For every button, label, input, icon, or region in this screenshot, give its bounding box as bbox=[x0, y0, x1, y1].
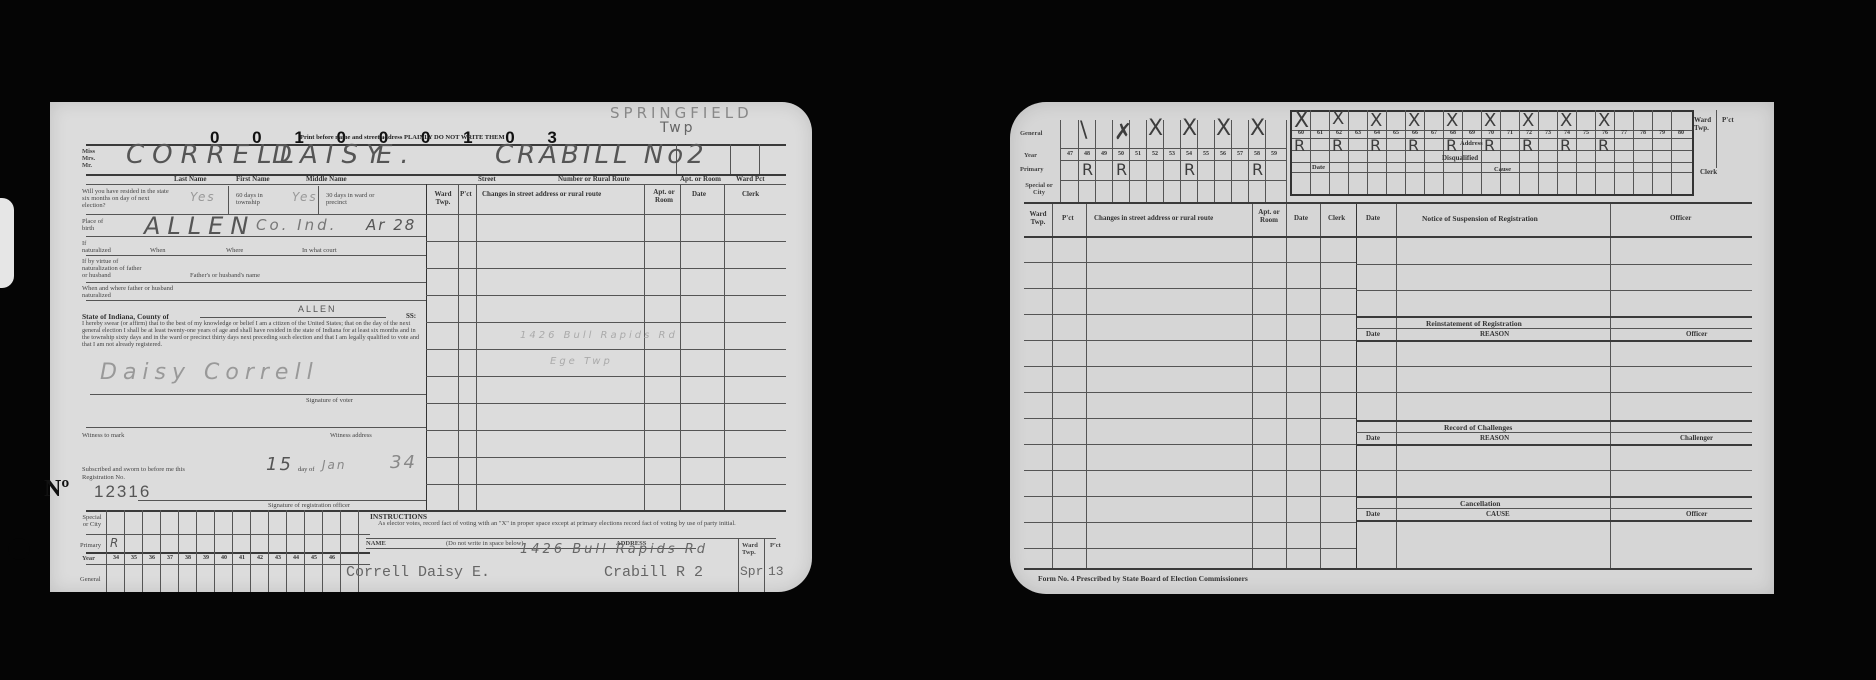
year-39: 39 bbox=[198, 555, 214, 561]
cancellation-header-cause: CAUSE bbox=[1486, 510, 1510, 518]
punch-hole bbox=[8, 538, 30, 560]
year-54: 54 bbox=[1181, 151, 1197, 157]
general-mark-76: X bbox=[1598, 110, 1610, 131]
year-56: 56 bbox=[1215, 151, 1231, 157]
label-court: In what court bbox=[302, 247, 337, 254]
back-row-label-year: Year bbox=[1024, 152, 1037, 159]
instructions-text: As elector votes, record fact of voting … bbox=[378, 520, 798, 527]
year-51: 51 bbox=[1130, 151, 1146, 157]
year-44: 44 bbox=[288, 555, 304, 561]
reinstatement-title: Reinstatement of Registration bbox=[1426, 319, 1522, 328]
year-40: 40 bbox=[216, 555, 232, 561]
stamped-name: Correll Daisy E. bbox=[346, 564, 490, 581]
general-mark-50: ✗ bbox=[1114, 120, 1132, 145]
year-78: 78 bbox=[1634, 130, 1652, 136]
label-ward-pct: Ward Pct bbox=[736, 175, 765, 183]
registration-card-back: General Year Primary Special or City 47 … bbox=[1010, 102, 1774, 594]
days-township-value: Yes bbox=[292, 190, 318, 204]
resided-state-value: Yes bbox=[190, 190, 216, 204]
reinstatement-header-date: Date bbox=[1366, 330, 1380, 338]
year-55: 55 bbox=[1198, 151, 1214, 157]
label-disqualified: Disqualified bbox=[1442, 154, 1478, 162]
suspension-header-date: Date bbox=[1366, 214, 1380, 222]
back-label-pct: P'ct bbox=[1722, 116, 1734, 124]
general-mark-54: X bbox=[1182, 116, 1197, 141]
label-registration-no: Registration No. bbox=[82, 474, 125, 481]
year-43: 43 bbox=[270, 555, 286, 561]
year-52: 52 bbox=[1147, 151, 1163, 157]
label-first-name: First Name bbox=[236, 175, 270, 183]
instructions-no-write: (Do not write in space below) bbox=[446, 540, 523, 547]
general-mark-62: X bbox=[1332, 108, 1344, 129]
year-69: 69 bbox=[1463, 130, 1481, 136]
year-58: 58 bbox=[1249, 151, 1265, 157]
label-resided-state: Will you have resided in the state six m… bbox=[82, 188, 174, 209]
primary-mark-70: R bbox=[1484, 136, 1495, 155]
stamped-address: Crabill R 2 bbox=[604, 564, 703, 581]
year-59: 59 bbox=[1266, 151, 1282, 157]
challenges-header-challenger: Challenger bbox=[1680, 434, 1713, 442]
back-label-clerk: Clerk bbox=[1700, 168, 1717, 176]
day-value: 15 bbox=[266, 454, 293, 475]
year-46: 46 bbox=[324, 555, 340, 561]
year-67: 67 bbox=[1425, 130, 1443, 136]
handwritten-twp: Twp bbox=[660, 120, 696, 136]
general-mark-72: X bbox=[1522, 110, 1534, 131]
primary-mark-60: R bbox=[1294, 136, 1305, 155]
label-address: Address bbox=[1460, 140, 1483, 147]
cancellation-header-officer: Officer bbox=[1686, 510, 1707, 518]
row-label-general: General bbox=[80, 576, 101, 583]
general-mark-58: X bbox=[1250, 116, 1265, 141]
changes-header-address: Changes in street address or rural route bbox=[482, 190, 601, 198]
year-57: 57 bbox=[1232, 151, 1248, 157]
primary-mark-72: R bbox=[1522, 136, 1533, 155]
year-38: 38 bbox=[180, 555, 196, 561]
first-name-value: DAISY bbox=[272, 140, 390, 170]
year-49: 49 bbox=[1096, 151, 1112, 157]
row-label-primary: Primary bbox=[80, 542, 101, 549]
general-mark-52: X bbox=[1148, 116, 1163, 141]
county-value: ALLEN bbox=[298, 304, 337, 314]
label-apt-room: Apt. or Room bbox=[680, 175, 721, 183]
label-number-route: Number or Rural Route bbox=[558, 175, 630, 183]
label-last-name: Last Name bbox=[174, 175, 206, 183]
year-77: 77 bbox=[1615, 130, 1633, 136]
handwritten-address: 1426 Bull Rapids Rd bbox=[520, 542, 708, 557]
form-footer: Form No. 4 Prescribed by State Board of … bbox=[1038, 574, 1248, 583]
changes-header-apt: Apt. or Room bbox=[650, 188, 678, 204]
primary-mark-64: R bbox=[1370, 136, 1381, 155]
number-symbol: Nº bbox=[44, 476, 69, 503]
label-signature-voter: Signature of voter bbox=[306, 397, 353, 404]
changes-header-ward: Ward Twp. bbox=[430, 190, 456, 206]
general-mark-56: X bbox=[1216, 116, 1231, 141]
label-place-of-birth: Place of birth bbox=[82, 218, 112, 232]
label-days-ward: 30 days in ward or precinct bbox=[326, 192, 390, 206]
primary-mark-34: R bbox=[110, 536, 118, 550]
year-75: 75 bbox=[1577, 130, 1595, 136]
year-61: 61 bbox=[1311, 130, 1329, 136]
general-mark-48: \ bbox=[1080, 118, 1087, 143]
back-row-label-primary: Primary bbox=[1020, 166, 1043, 173]
reinstatement-header-officer: Officer bbox=[1686, 330, 1707, 338]
label-street: Street bbox=[478, 175, 496, 183]
row-label-year: Year bbox=[82, 555, 95, 562]
back-changes-header-clerk: Clerk bbox=[1328, 214, 1345, 222]
registration-number: 12316 bbox=[94, 482, 151, 502]
label-when-where-father: When and where father or husband natural… bbox=[82, 285, 182, 299]
label-where: Where bbox=[226, 247, 243, 254]
back-changes-header-pct: P'ct bbox=[1062, 214, 1074, 222]
changes-header-date: Date bbox=[692, 190, 706, 198]
label-ss: SS: bbox=[406, 312, 416, 320]
general-mark-70: X bbox=[1484, 110, 1496, 131]
back-row-label-general: General bbox=[1020, 130, 1042, 137]
year-73: 73 bbox=[1539, 130, 1557, 136]
back-changes-header-apt: Apt. or Room bbox=[1254, 208, 1284, 224]
changes-header-clerk: Clerk bbox=[742, 190, 759, 198]
general-mark-64: X bbox=[1370, 110, 1382, 131]
general-mark-60: X bbox=[1294, 108, 1309, 133]
cancellation-header-date: Date bbox=[1366, 510, 1380, 518]
instructions-pct-label: P'ct bbox=[770, 542, 781, 549]
label-witness-mark: Witness to mark bbox=[82, 432, 124, 439]
year-48: 48 bbox=[1079, 151, 1095, 157]
back-row-label-special: Special or City bbox=[1024, 182, 1054, 196]
year-79: 79 bbox=[1653, 130, 1671, 136]
primary-mark-54: R bbox=[1184, 160, 1195, 179]
stamped-ward: Spr bbox=[740, 564, 763, 579]
row-label-special: Special or City bbox=[80, 514, 104, 528]
year-50: 50 bbox=[1113, 151, 1129, 157]
suspension-header-title: Notice of Suspension of Registration bbox=[1422, 214, 1538, 223]
challenges-header-reason: REASON bbox=[1480, 434, 1509, 442]
instructions-name-label: NAME bbox=[366, 540, 386, 547]
year-45: 45 bbox=[306, 555, 322, 561]
year-71: 71 bbox=[1501, 130, 1519, 136]
primary-mark-74: R bbox=[1560, 136, 1571, 155]
oath-text: I hereby swear (or affirm) that to the b… bbox=[82, 320, 422, 348]
label-middle-name: Middle Name bbox=[306, 175, 347, 183]
month-value: Jan bbox=[322, 458, 347, 472]
primary-mark-66: R bbox=[1408, 136, 1419, 155]
stamped-pct: 13 bbox=[768, 564, 784, 579]
year-80: 80 bbox=[1672, 130, 1690, 136]
challenges-title: Record of Challenges bbox=[1444, 423, 1512, 432]
label-day-of: day of bbox=[298, 466, 314, 473]
label-fathers-name: Father's or husband's name bbox=[190, 272, 260, 279]
instructions-ward-label: Ward Twp. bbox=[742, 542, 762, 556]
back-changes-header-ward: Ward Twp. bbox=[1024, 210, 1052, 226]
faint-changes-entry-2: Ege Twp bbox=[550, 356, 613, 367]
suspension-header-officer: Officer bbox=[1670, 214, 1691, 222]
general-mark-68: X bbox=[1446, 110, 1458, 131]
label-subscribed: Subscribed and sworn to before me this bbox=[82, 466, 185, 473]
card-edge-tab bbox=[0, 198, 14, 288]
reinstatement-header-reason: REASON bbox=[1480, 330, 1509, 338]
year-53: 53 bbox=[1164, 151, 1180, 157]
label-naturalized: If naturalized bbox=[82, 240, 112, 254]
primary-mark-50: R bbox=[1116, 160, 1127, 179]
general-mark-74: X bbox=[1560, 110, 1572, 131]
label-signature-officer: Signature of registration officer bbox=[268, 502, 350, 509]
changes-header-pct: P'ct bbox=[460, 190, 472, 198]
back-changes-header-address: Changes in street address or rural route bbox=[1094, 214, 1213, 222]
primary-mark-76: R bbox=[1598, 136, 1609, 155]
primary-mark-62: R bbox=[1332, 136, 1343, 155]
year-35: 35 bbox=[126, 555, 142, 561]
year-63: 63 bbox=[1349, 130, 1367, 136]
primary-mark-68: R bbox=[1446, 136, 1457, 155]
year-34: 34 bbox=[108, 555, 124, 561]
back-label-ward: Ward Twp. bbox=[1694, 116, 1714, 132]
cancellation-title: Cancellation bbox=[1460, 499, 1500, 508]
registration-card-front: 0 0 1 0 0 0 1 0 3 Print before name and … bbox=[50, 102, 812, 592]
label-cause: Cause bbox=[1494, 166, 1511, 173]
birth-extra-value: Co. Ind. bbox=[256, 216, 337, 234]
label-date: Date bbox=[1312, 164, 1325, 171]
year-42: 42 bbox=[252, 555, 268, 561]
year-65: 65 bbox=[1387, 130, 1405, 136]
label-by-virtue: If by virtue of naturalization of father… bbox=[82, 258, 142, 279]
year-47: 47 bbox=[1062, 151, 1078, 157]
challenges-header-date: Date bbox=[1366, 434, 1380, 442]
faint-changes-entry: 1426 Bull Rapids Rd bbox=[520, 330, 678, 341]
title-prefix: Miss Mrs. Mr. bbox=[82, 148, 95, 169]
general-mark-66: X bbox=[1408, 110, 1420, 131]
label-witness-address: Witness address bbox=[330, 432, 372, 439]
middle-name-value: E. bbox=[376, 140, 417, 170]
year-41: 41 bbox=[234, 555, 250, 561]
label-days-township: 60 days in township bbox=[236, 192, 286, 206]
label-when: When bbox=[150, 247, 166, 254]
year-36: 36 bbox=[144, 555, 160, 561]
year-value: 34 bbox=[390, 452, 417, 473]
primary-mark-58: R bbox=[1252, 160, 1263, 179]
year-37: 37 bbox=[162, 555, 178, 561]
primary-mark-48: R bbox=[1082, 160, 1093, 179]
back-changes-header-date: Date bbox=[1294, 214, 1308, 222]
voter-signature: Daisy Correll bbox=[100, 360, 319, 385]
age-value: Ar 28 bbox=[366, 216, 416, 234]
